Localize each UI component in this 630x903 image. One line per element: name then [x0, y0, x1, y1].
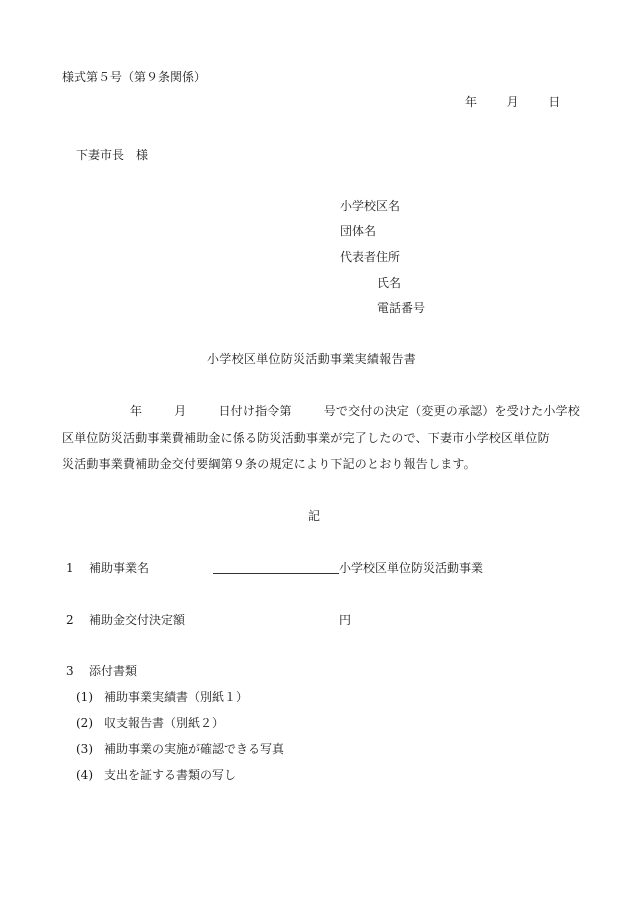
attachment-1-text: 補助事業実績書（別紙１）: [104, 690, 248, 704]
attachment-4-text: 支出を証する書類の写し: [104, 768, 236, 782]
date-year: 年: [465, 95, 477, 109]
project-name-underline: [213, 573, 339, 574]
item-3-label: 添付書類: [89, 664, 137, 678]
attachment-4-number: (4): [76, 768, 93, 782]
body-month: 月: [174, 404, 186, 418]
attachment-3-text: 補助事業の実施が確認できる写真: [104, 742, 284, 756]
body-day-text: 日付け指令第: [218, 404, 291, 418]
body-year: 年: [130, 404, 142, 418]
item-2-suffix: 円: [339, 613, 351, 627]
date-line: 年 月 日: [465, 95, 560, 109]
document-title: 小学校区単位防災活動事業実績報告書: [207, 352, 416, 366]
item-2-number: 2: [66, 613, 74, 627]
attachment-2-text: 収支報告書（別紙２）: [104, 716, 224, 730]
item-1-label: 補助事業名: [89, 561, 149, 575]
date-day: 日: [548, 95, 560, 109]
addressee: 下妻市長 様: [76, 148, 148, 162]
form-number: 様式第５号（第９条関係）: [62, 70, 206, 84]
body-line-3: 災活動事業費補助金交付要綱第９条の規定により下記のとおり報告します。: [62, 457, 476, 471]
attachment-3-number: (3): [76, 742, 93, 756]
attachment-2-number: (2): [76, 716, 93, 730]
item-1-suffix: 小学校区単位防災活動事業: [339, 561, 483, 575]
item-1-number: 1: [66, 561, 74, 575]
representative-address-label: 代表者住所: [340, 250, 400, 264]
item-2-label: 補助金交付決定額: [89, 613, 185, 627]
date-month: 月: [507, 95, 519, 109]
item-3-number: 3: [66, 664, 74, 678]
organization-label: 団体名: [340, 224, 376, 238]
body-line-2: 区単位防災活動事業費補助金に係る防災活動事業が完了したので、下妻市小学校区単位防: [62, 431, 550, 445]
attachment-1-number: (1): [76, 690, 93, 704]
name-label: 氏名: [377, 276, 401, 290]
body-number-text: 号で交付の決定（変更の承認）を受けた小学校: [324, 404, 580, 418]
body-line-1: 年 月 日付け指令第 号で交付の決定（変更の承認）を受けた小学校: [62, 404, 580, 418]
school-district-label: 小学校区名: [340, 199, 400, 213]
ki-marker: 記: [308, 509, 320, 523]
phone-label: 電話番号: [377, 301, 425, 315]
